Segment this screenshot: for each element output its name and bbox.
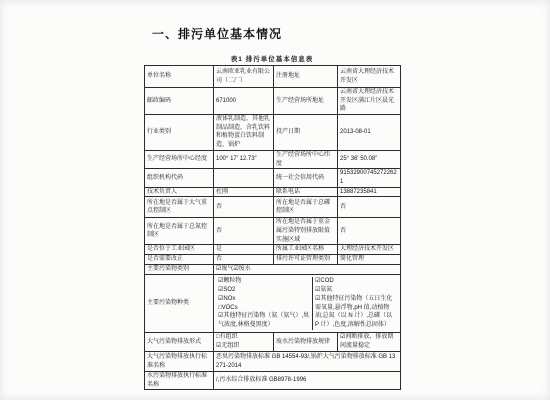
center-latitude-value: 25° 36′ 50.08″ — [338, 150, 401, 168]
table-row: 单位名称 云南欧亚乳业有限公司（二厂） 注册地址 云南省大理经济技术开发区 — [145, 66, 401, 88]
industrial-park-name-value: 大理经济技术开发区 — [338, 245, 401, 255]
main-pollutant-category-label: 主要污染物类别 — [145, 265, 214, 275]
air-pollutant-checklist: ☑颗粒物 ☑SO2 ☑NOx □VOCs ☑其他特征污染物（氨（氨气）,臭气浓度… — [216, 277, 313, 329]
commissioning-date-label: 投产日期 — [274, 115, 338, 151]
table-row: 主要污染物种类 ☑颗粒物 ☑SO2 ☑NOx □VOCs ☑其他特征污染物（氨（… — [145, 275, 401, 333]
unit-name-value: 云南欧亚乳业有限公司（二厂） — [214, 66, 274, 88]
table-row: 大气污染物排放执行标准名称 恶臭污染物排放标准 GB 14554-93/,锅炉大… — [145, 352, 401, 372]
technical-head-value: 杜刚 — [214, 187, 274, 197]
air-emission-form-label: 大气污染物排放形式 — [145, 333, 214, 352]
table-row: 是否位于工业园区 是 所属工业园区名称 大理经济技术开发区 — [145, 245, 401, 255]
table-row: 生产经营场所中心经度 100° 17′ 12.73″ 生产经营场所中心纬度 25… — [145, 150, 401, 168]
basic-info-table: 单位名称 云南欧亚乳业有限公司（二厂） 注册地址 云南省大理经济技术开发区 邮政… — [144, 65, 401, 390]
table-row: 行业类别 液体乳制造，其他乳制品制造，含乳饮料和植物蛋白饮料制造，锅炉 投产日期… — [145, 115, 401, 151]
table-row: 所在地是否属于大气重点控制区 否 所在地是否属于总磷控制区 否 — [145, 197, 401, 218]
air-emission-form-value: □有组织 ☑无组织 — [214, 333, 274, 352]
table-row: 技术负责人 杜刚 联系电话 13887235841 — [145, 187, 401, 197]
table-row: 邮政编码 671000 生产经营场所地址 云南省大理经济技术开发区满江片区晨光路 — [145, 88, 401, 115]
phosphorus-control-zone-value: 否 — [338, 197, 401, 218]
commissioning-date-value: 2013-08-01 — [338, 115, 401, 151]
phosphorus-control-zone-label: 所在地是否属于总磷控制区 — [274, 197, 338, 218]
registered-address-value: 云南省大理经济技术开发区 — [338, 66, 401, 88]
postcode-label: 邮政编码 — [145, 88, 214, 115]
site-address-value: 云南省大理经济技术开发区满江片区晨光路 — [338, 88, 401, 115]
site-address-label: 生产经营场所地址 — [274, 88, 338, 115]
credit-code-value: 915329007452722621 — [338, 169, 401, 187]
main-pollutant-types-label: 主要污染物种类 — [145, 275, 214, 333]
in-industrial-park-label: 是否位于工业园区 — [145, 245, 214, 255]
main-pollutant-types-cell: ☑颗粒物 ☑SO2 ☑NOx □VOCs ☑其他特征污染物（氨（氨气）,臭气浓度… — [214, 275, 401, 333]
wastewater-discharge-pattern-value: ☑间断排放，排放期间流量稳定 — [338, 333, 401, 352]
table-row: 所在地是否属于总氮控制区 否 所在地是否属于重金属污染特别排放限值实施区域 否 — [145, 218, 401, 245]
postcode-value: 671000 — [214, 88, 274, 115]
org-code-label: 组织机构代码 — [145, 169, 214, 187]
table-row: 是否需要改正 否 排污许可证管理类别 简化管理 — [145, 255, 401, 265]
table-row: 水污染物排放执行标准名称 /,污水综合排放标准 GB8978-1996 — [145, 372, 401, 390]
unit-name-label: 单位名称 — [145, 66, 214, 88]
technical-head-label: 技术负责人 — [145, 187, 214, 197]
credit-code-label: 统一社会信用代码 — [274, 169, 338, 187]
permit-management-type-label: 排污许可证管理类别 — [274, 255, 338, 265]
industry-category-label: 行业类别 — [145, 115, 214, 151]
permit-management-type-value: 简化管理 — [338, 255, 401, 265]
pollutant-types-split: ☑颗粒物 ☑SO2 ☑NOx □VOCs ☑其他特征污染物（氨（氨气）,臭气浓度… — [216, 277, 398, 329]
industry-category-value: 液体乳制造，其他乳制品制造，含乳饮料和植物蛋白饮料制造，锅炉 — [214, 115, 274, 151]
section-title: 一、排污单位基本情况 — [152, 25, 282, 42]
main-pollutant-category-value: ☑废气☑废水 — [214, 265, 401, 275]
water-pollutant-checklist: ☑COD ☑氨氮 ☑其他特征污染物（五日生化需氧量,悬浮物,pH 值,动植物油,… — [313, 277, 398, 329]
industrial-park-name-label: 所属工业园区名称 — [274, 245, 338, 255]
table-caption: 表1 排污单位基本信息表 — [144, 54, 400, 63]
water-emission-standard-value: /,污水综合排放标准 GB8978-1996 — [214, 372, 401, 390]
nitrogen-control-zone-value: 否 — [214, 218, 274, 245]
water-emission-standard-label: 水污染物排放执行标准名称 — [145, 372, 214, 390]
air-key-control-zone-label: 所在地是否属于大气重点控制区 — [145, 197, 214, 218]
center-longitude-value: 100° 17′ 12.73″ — [214, 150, 274, 168]
correction-needed-value: 否 — [214, 255, 274, 265]
table-row: 主要污染物类别 ☑废气☑废水 — [145, 265, 401, 275]
scanned-document-page: 一、排污单位基本情况 表1 排污单位基本信息表 单位名称 云南欧亚乳业有限公司（… — [0, 0, 550, 400]
nitrogen-control-zone-label: 所在地是否属于总氮控制区 — [145, 218, 214, 245]
in-industrial-park-value: 是 — [214, 245, 274, 255]
wastewater-discharge-pattern-label: 废水污染物排放规律 — [274, 333, 338, 352]
air-key-control-zone-value: 否 — [214, 197, 274, 218]
phone-value: 13887235841 — [338, 187, 401, 197]
center-longitude-label: 生产经营场所中心经度 — [145, 150, 214, 168]
table-row: 大气污染物排放形式 □有组织 ☑无组织 废水污染物排放规律 ☑间断排放，排放期间… — [145, 333, 401, 352]
phone-label: 联系电话 — [274, 187, 338, 197]
org-code-value — [214, 169, 274, 187]
heavy-metal-zone-value: 否 — [338, 218, 401, 245]
registered-address-label: 注册地址 — [274, 66, 338, 88]
heavy-metal-zone-label: 所在地是否属于重金属污染特别排放限值实施区域 — [274, 218, 338, 245]
table-row: 组织机构代码 统一社会信用代码 915329007452722621 — [145, 169, 401, 187]
center-latitude-label: 生产经营场所中心纬度 — [274, 150, 338, 168]
correction-needed-label: 是否需要改正 — [145, 255, 214, 265]
air-emission-standard-label: 大气污染物排放执行标准名称 — [145, 352, 214, 372]
air-emission-standard-value: 恶臭污染物排放标准 GB 14554-93/,锅炉大气污染物排放标准 GB 13… — [214, 352, 401, 372]
